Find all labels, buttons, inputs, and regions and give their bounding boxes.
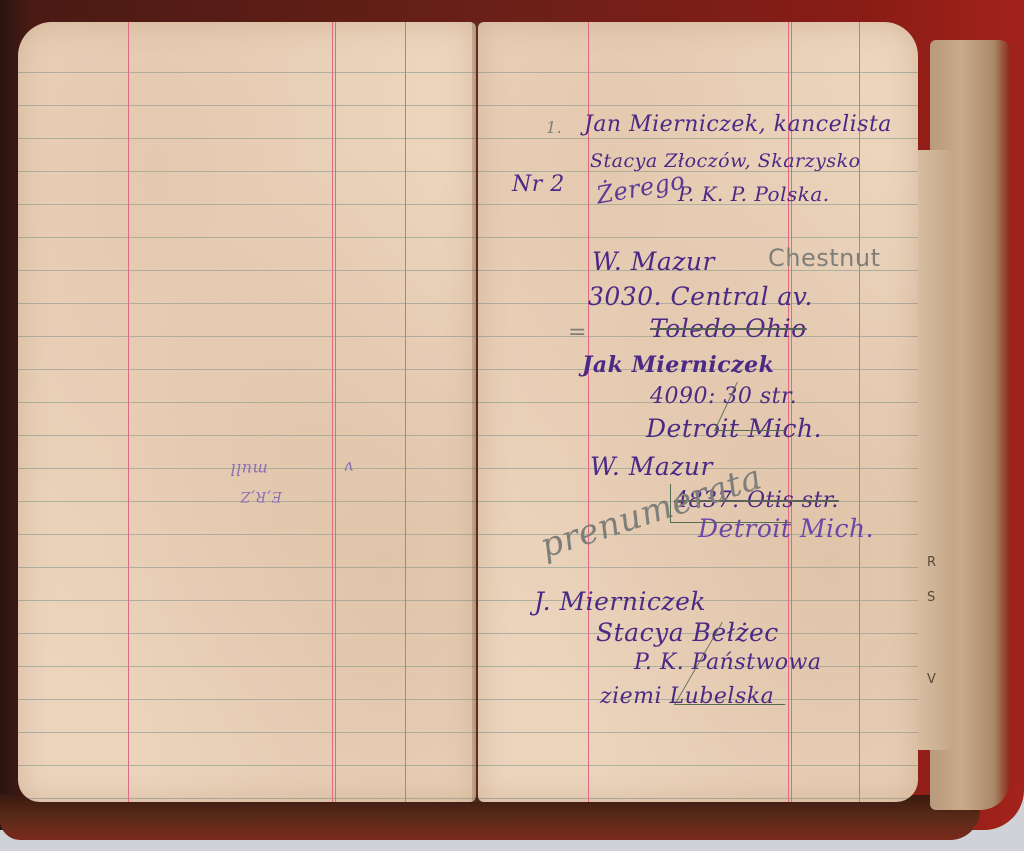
overwrite-note: Żerego bbox=[594, 166, 687, 209]
left-page: mull E,R,Z v bbox=[18, 22, 476, 802]
upside-down-note: mull bbox=[230, 460, 268, 479]
entry-number: 1. bbox=[546, 118, 562, 137]
pencil-note: Chestnut bbox=[768, 244, 880, 272]
margin-rule bbox=[859, 22, 860, 802]
entry-line: J. Mierniczek bbox=[534, 587, 706, 616]
margin-rule bbox=[588, 22, 589, 802]
side-mark: = bbox=[568, 320, 587, 345]
index-tab-v[interactable]: V bbox=[927, 672, 936, 687]
right-page: 1. Jan Mierniczek, kancelista Stacya Zło… bbox=[478, 22, 918, 802]
index-tab-strip bbox=[915, 150, 952, 750]
entry-line: Jak Mierniczek bbox=[582, 352, 774, 378]
side-mark: Nr 2 bbox=[512, 172, 565, 197]
index-tab-r[interactable]: R bbox=[927, 555, 936, 570]
margin-rule-double bbox=[332, 22, 336, 802]
entry-line: W. Mazur bbox=[592, 247, 715, 276]
entry-line: Toledo Ohio bbox=[650, 314, 807, 343]
entry-line: P. K. P. Polska. bbox=[678, 182, 830, 206]
entry-line: 3030. Central av. bbox=[588, 282, 813, 311]
entry-line: Stacya Złoczów, Skarzysko bbox=[590, 150, 861, 172]
checkmark-icon bbox=[670, 484, 791, 523]
margin-rule bbox=[128, 22, 129, 802]
upside-down-note: E,R,Z bbox=[240, 488, 282, 504]
upside-down-note: v bbox=[344, 458, 354, 477]
index-tab-s[interactable]: S bbox=[927, 590, 935, 605]
margin-rule bbox=[405, 22, 406, 802]
entry-line: Jan Mierniczek, kancelista bbox=[584, 112, 892, 137]
